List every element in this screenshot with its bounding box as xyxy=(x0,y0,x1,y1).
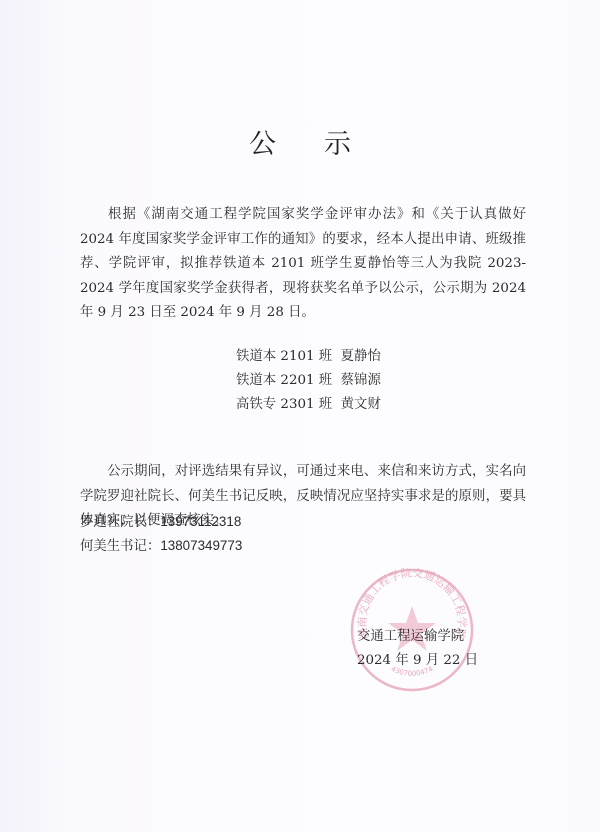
contact-phone: 13807349773 xyxy=(160,538,242,553)
signature-organization: 交通工程运输学院 xyxy=(357,625,464,644)
winner-item: 铁道本 2101 班 夏静怡 xyxy=(236,345,381,369)
contact-label: 何美生书记： xyxy=(80,539,160,554)
winner-class: 铁道本 2201 班 xyxy=(236,373,332,388)
contact-phone: 13973112318 xyxy=(160,514,241,529)
announcement-paragraph: 根据《湖南交通工程学院国家奖学金评审办法》和《关于认真做好 2024 年度国家奖… xyxy=(80,203,526,326)
winner-class: 高铁专 2301 班 xyxy=(236,397,332,412)
document-title: 公示 xyxy=(0,122,600,161)
winner-item: 高铁专 2301 班 黄文财 xyxy=(236,393,381,417)
winner-item: 铁道本 2201 班 蔡锦源 xyxy=(236,369,381,393)
winner-name: 蔡锦源 xyxy=(341,373,381,388)
winner-list: 铁道本 2101 班 夏静怡 铁道本 2201 班 蔡锦源 高铁专 2301 班… xyxy=(236,345,381,417)
winner-name: 夏静怡 xyxy=(341,349,381,364)
contact-label: 罗迎社院长： xyxy=(80,515,160,530)
winner-class: 铁道本 2101 班 xyxy=(236,349,332,364)
contact-dean: 罗迎社院长：13973112318 xyxy=(80,511,241,530)
signature-date: 2024 年 9 月 22 日 xyxy=(357,649,478,668)
announcement-text: 根据《湖南交通工程学院国家奖学金评审办法》和《关于认真做好 2024 年度国家奖… xyxy=(80,207,526,320)
winner-name: 黄文财 xyxy=(341,397,381,412)
contact-secretary: 何美生书记：13807349773 xyxy=(80,535,242,554)
document-page: 公示 根据《湖南交通工程学院国家奖学金评审办法》和《关于认真做好 2024 年度… xyxy=(0,0,600,832)
